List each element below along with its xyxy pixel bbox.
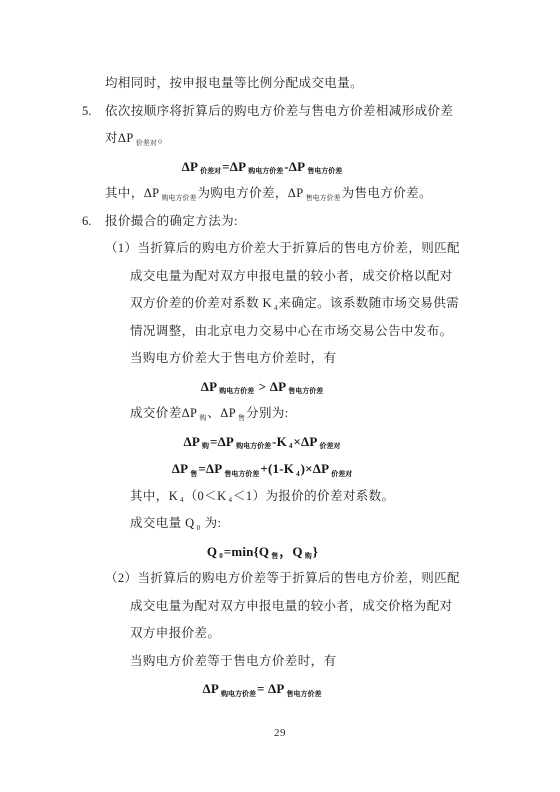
- doc-line-17: Q0=min{Q售，Q购}: [82, 538, 443, 566]
- text-segment: （2）当折算后的购电方价差等于折算后的售电方价差，则匹配: [105, 571, 460, 585]
- formula-subscript: 售电方价差: [287, 690, 322, 698]
- text-segment: 双方价差的价差对系数 K: [130, 296, 272, 310]
- text-segment: =ΔP: [210, 434, 234, 449]
- text-segment: )×ΔP: [301, 461, 330, 476]
- doc-line-11: ΔP购电方价差 > ΔP售电方价差: [82, 373, 443, 401]
- formula-subscript: 售: [238, 414, 245, 422]
- text-segment: =ΔP: [222, 159, 246, 174]
- formula-subscript: 购电方价差: [219, 387, 254, 395]
- formula-subscript: 售: [271, 552, 278, 560]
- text-segment: ×ΔP: [293, 434, 317, 449]
- text-segment: 分别为:: [246, 406, 289, 420]
- text-segment: 当购电方价差等于售电方价差时，有: [130, 654, 336, 668]
- formula-subscript: 售电方价差: [306, 194, 341, 202]
- doc-line-2: 对ΔP价差对。: [105, 125, 443, 153]
- doc-line-13: ΔP购=ΔP购电方价差-K4×ΔP价差对: [82, 428, 443, 456]
- text-segment: 成交电量为配对双方申报电量的较小者，成交价格为配对: [130, 599, 453, 613]
- text-segment: 对ΔP: [105, 131, 134, 145]
- text-segment: -ΔP: [284, 159, 305, 174]
- doc-line-10: 当购电方价差大于售电方价差时，有: [130, 345, 443, 373]
- formula-subscript: 售电方价差: [288, 387, 323, 395]
- doc-line-9: 情况调整，由北京电力交易中心在市场交易公告中发布。: [130, 318, 443, 346]
- text-segment: 其中，ΔP: [105, 186, 160, 200]
- doc-line-7: 成交电量为配对双方申报电量的较小者，成交价格以配对: [130, 263, 443, 291]
- doc-line-21: 当购电方价差等于售电方价差时，有: [130, 648, 443, 676]
- text-segment: =ΔP: [198, 461, 222, 476]
- text-segment: 当购电方价差大于售电方价差时，有: [130, 351, 336, 365]
- formula-subscript: 4: [296, 470, 300, 478]
- formula-subscript: 价差对: [136, 139, 157, 147]
- document-content: 均相同时，按申报电量等比例分配成交电量。5.依次按顺序将折算后的购电方价差与售电…: [0, 70, 560, 703]
- formula-subscript: 0: [219, 552, 223, 560]
- doc-line-16: 成交电量 Q0 为:: [130, 510, 443, 538]
- doc-line-19: 成交电量为配对双方申报电量的较小者，成交价格为配对: [130, 593, 443, 621]
- page-number: 29: [0, 727, 560, 739]
- doc-line-0: 均相同时，按申报电量等比例分配成交电量。: [105, 70, 443, 98]
- text-segment: >: [255, 379, 270, 394]
- text-segment: 报价撮合的确定方法为:: [105, 214, 238, 228]
- text-segment: =min{Q: [224, 544, 270, 559]
- doc-line-14: ΔP售=ΔP售电方价差+(1-K4)×ΔP价差对: [82, 455, 443, 483]
- formula-subscript: 购电方价差: [162, 194, 197, 202]
- formula-subscript: 购电方价差: [221, 690, 256, 698]
- doc-line-22: ΔP购电方价差= ΔP售电方价差: [82, 675, 443, 703]
- text-segment: 依次按顺序将折算后的购电方价差与售电方价差相减形成价差: [105, 104, 453, 118]
- text-segment: 为购电方价差，ΔP: [198, 186, 304, 200]
- text-segment: ＜1）为报价的价差对系数。: [233, 489, 394, 503]
- text-segment: }: [313, 544, 318, 559]
- formula-subscript: 价差对: [200, 167, 221, 175]
- text-segment: 情况调整，由北京电力交易中心在市场交易公告中发布。: [130, 324, 453, 338]
- text-segment: 成交电量 Q: [130, 516, 195, 530]
- formula-subscript: 价差对: [331, 470, 352, 478]
- formula-subscript: 售电方价差: [224, 470, 259, 478]
- doc-line-12: 成交价差ΔP购、ΔP售分别为:: [130, 400, 443, 428]
- text-segment: 、ΔP: [207, 406, 236, 420]
- formula-subscript: 购: [305, 552, 312, 560]
- formula-subscript: 购电方价差: [236, 442, 271, 450]
- doc-line-5: 6.报价撮合的确定方法为:: [105, 208, 443, 236]
- text-segment: ，Q: [279, 544, 303, 559]
- text-segment: 来确定。该系数随市场交易供需: [278, 296, 459, 310]
- text-segment: +(1-K: [260, 461, 294, 476]
- doc-line-18: （2）当折算后的购电方价差等于折算后的售电方价差，则匹配: [105, 565, 443, 593]
- document-page: 均相同时，按申报电量等比例分配成交电量。5.依次按顺序将折算后的购电方价差与售电…: [0, 0, 560, 792]
- formula-subscript: 4: [229, 496, 233, 504]
- text-segment: ΔP: [202, 681, 219, 696]
- doc-line-6: （1）当折算后的购电方价差大于折算后的售电方价差，则匹配: [105, 235, 443, 263]
- doc-line-15: 其中，K4（0＜K4＜1）为报价的价差对系数。: [130, 483, 443, 511]
- doc-line-8: 双方价差的价差对系数 K4来确定。该系数随市场交易供需: [130, 290, 443, 318]
- text-segment: （0＜K: [185, 489, 227, 503]
- text-segment: ΔP: [172, 461, 189, 476]
- formula-subscript: 售: [190, 470, 197, 478]
- text-segment: 均相同时，按申报电量等比例分配成交电量。: [105, 76, 363, 90]
- text-segment: Q: [207, 544, 217, 559]
- doc-line-3: ΔP价差对=ΔP购电方价差-ΔP售电方价差: [82, 153, 443, 181]
- doc-line-4: 其中，ΔP购电方价差为购电方价差，ΔP售电方价差为售电方价差。: [105, 180, 443, 208]
- formula-subscript: 购电方价差: [248, 167, 283, 175]
- text-segment: 其中，K: [130, 489, 178, 503]
- text-segment: （1）当折算后的购电方价差大于折算后的售电方价差，则匹配: [105, 241, 460, 255]
- text-segment: -K: [272, 434, 287, 449]
- text-segment: 为售电方价差。: [342, 186, 432, 200]
- doc-line-20: 双方申报价差。: [130, 620, 443, 648]
- text-segment: ΔP: [201, 379, 218, 394]
- text-segment: 成交价差ΔP: [130, 406, 197, 420]
- text-segment: ΔP: [183, 434, 200, 449]
- formula-subscript: 购: [199, 414, 206, 422]
- text-segment: ΔP: [182, 159, 199, 174]
- formula-subscript: 4: [180, 496, 184, 504]
- text-segment: 成交电量为配对双方申报电量的较小者，成交价格以配对: [130, 269, 453, 283]
- formula-subscript: 售电方价差: [307, 167, 342, 175]
- formula-subscript: 价差对: [320, 442, 341, 450]
- doc-line-1: 5.依次按顺序将折算后的购电方价差与售电方价差相减形成价差: [105, 98, 443, 126]
- text-segment: ΔP: [270, 379, 287, 394]
- text-segment: 双方申报价差。: [130, 626, 220, 640]
- list-marker: 5.: [82, 98, 91, 126]
- formula-subscript: 4: [289, 442, 293, 450]
- list-marker: 6.: [82, 208, 91, 236]
- formula-subscript: 0: [197, 524, 201, 532]
- text-segment: 。: [158, 131, 171, 145]
- text-segment: 为:: [201, 516, 221, 530]
- formula-subscript: 购: [202, 442, 209, 450]
- text-segment: = ΔP: [257, 681, 285, 696]
- formula-subscript: 4: [274, 304, 278, 312]
